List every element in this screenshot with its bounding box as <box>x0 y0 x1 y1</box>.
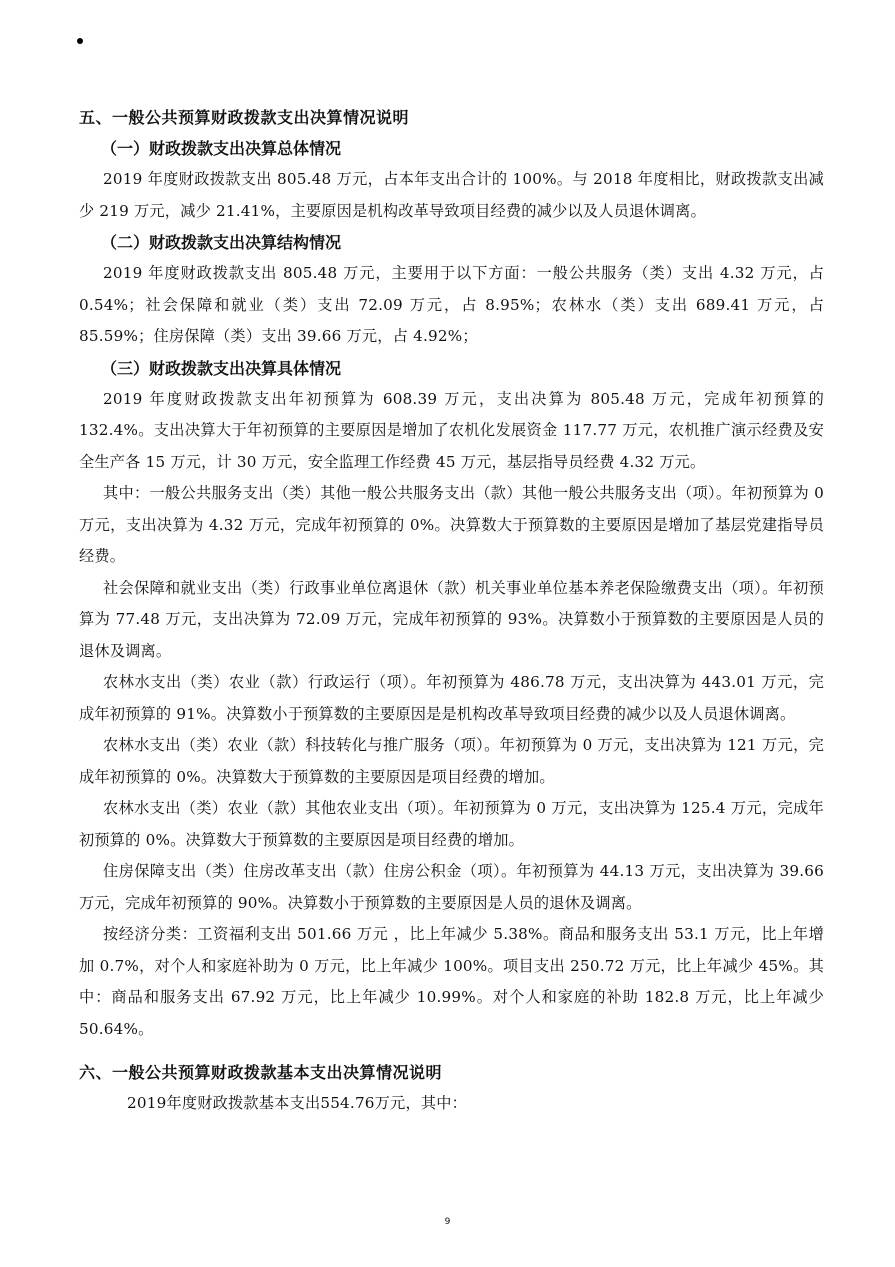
subsection-2-title: （二）财政拨款支出决算结构情况 <box>79 227 824 258</box>
paragraph: 2019年度财政拨款基本支出554.76万元，其中： <box>79 1088 824 1120</box>
paragraph: 按经济分类：工资福利支出 501.66 万元 ，比上年减少 5.38%。商品和服… <box>79 919 824 1045</box>
paragraph: 住房保障支出（类）住房改革支出（款）住房公积金（项）。年初预算为 44.13 万… <box>79 856 824 919</box>
paragraph: 2019 年度财政拨款支出 805.48 万元，主要用于以下方面：一般公共服务（… <box>79 258 824 353</box>
paragraph: 农林水支出（类）农业（款）其他农业支出（项）。年初预算为 0 万元，支出决算为 … <box>79 793 824 856</box>
subsection-3-title: （三）财政拨款支出决算具体情况 <box>79 353 824 384</box>
list-bullet <box>77 38 83 44</box>
paragraph: 农林水支出（类）农业（款）科技转化与推广服务（项）。年初预算为 0 万元，支出决… <box>79 730 824 793</box>
paragraph: 社会保障和就业支出（类）行政事业单位离退休（款）机关事业单位基本养老保险缴费支出… <box>79 573 824 668</box>
document-body: 五、一般公共预算财政拨款支出决算情况说明 （一）财政拨款支出决算总体情况 201… <box>79 102 824 1120</box>
page-number: 9 <box>0 1217 895 1227</box>
paragraph: 2019 年度财政拨款支出年初预算为 608.39 万元，支出决算为 805.4… <box>79 384 824 479</box>
paragraph: 其中：一般公共服务支出（类）其他一般公共服务支出（款）其他一般公共服务支出（项）… <box>79 478 824 573</box>
section-six-title: 六、一般公共预算财政拨款基本支出决算情况说明 <box>79 1057 824 1088</box>
subsection-1-title: （一）财政拨款支出决算总体情况 <box>79 133 824 164</box>
paragraph: 2019 年度财政拨款支出 805.48 万元，占本年支出合计的 100%。与 … <box>79 164 824 227</box>
section-five-title: 五、一般公共预算财政拨款支出决算情况说明 <box>79 102 824 133</box>
paragraph: 农林水支出（类）农业（款）行政运行（项）。年初预算为 486.78 万元，支出决… <box>79 667 824 730</box>
